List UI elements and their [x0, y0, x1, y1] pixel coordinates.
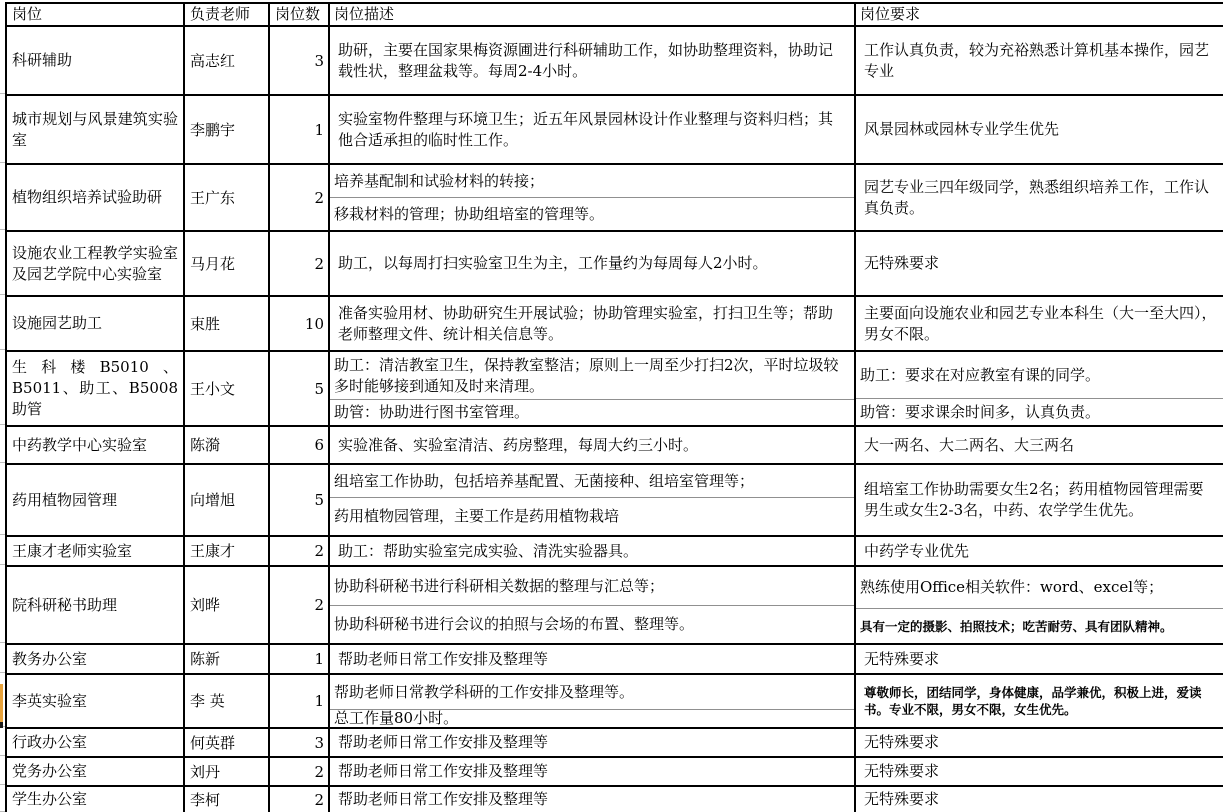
- cell-count[interactable]: 2: [270, 758, 330, 785]
- cell-description[interactable]: 帮助老师日常工作安排及整理等: [330, 729, 856, 756]
- cell-description-subcell[interactable]: 助工，以每周打扫实验室卫生为主，工作量约为每周每人2小时。: [334, 232, 850, 295]
- cell-description-subcell[interactable]: 帮助老师日常工作安排及整理等: [334, 758, 850, 785]
- cell-requirement[interactable]: 无特殊要求: [856, 729, 1223, 756]
- cell-requirement-subcell[interactable]: 助管：要求课余时间多，认真负责。: [856, 399, 1223, 425]
- cell-requirement[interactable]: 风景园林或园林专业学生优先: [856, 96, 1223, 163]
- cell-requirement[interactable]: 助工：要求在对应教室有课的同学。助管：要求课余时间多，认真负责。: [856, 352, 1223, 425]
- cell-teacher[interactable]: 李柯: [185, 787, 270, 812]
- cell-description[interactable]: 实验室物件整理与环境卫生；近五年风景园林设计作业整理与资料归档；其他合适承担的临…: [330, 96, 856, 163]
- cell-description-subcell[interactable]: 药用植物园管理，主要工作是药用植物栽培: [330, 498, 854, 535]
- cell-count[interactable]: 3: [270, 729, 330, 756]
- cell-description-subcell[interactable]: 培养基配制和试验材料的转接；: [330, 165, 854, 198]
- cell-teacher[interactable]: 李 英: [185, 675, 270, 727]
- table-row: 生科楼B5010、B5011、助工、B5008助管王小文5助工：清洁教室卫生，保…: [7, 352, 1223, 427]
- cell-teacher[interactable]: 高志红: [185, 27, 270, 94]
- cell-requirement[interactable]: 无特殊要求: [856, 232, 1223, 295]
- cell-description-subcell[interactable]: 移栽材料的管理；协助组培室的管理等。: [330, 198, 854, 230]
- cell-requirement[interactable]: 园艺专业三四年级同学，熟悉组织培养工作，工作认真负责。: [856, 165, 1223, 230]
- cell-requirement-subcell[interactable]: 大一两名、大二两名、大三两名: [860, 427, 1221, 463]
- cell-position[interactable]: 党务办公室: [7, 758, 185, 785]
- cell-description[interactable]: 助工：帮助实验室完成实验、清洗实验器具。: [330, 537, 856, 565]
- header-position[interactable]: 岗位: [7, 4, 185, 25]
- cell-teacher[interactable]: 陈漪: [185, 427, 270, 463]
- cell-description-subcell[interactable]: 组培室工作协助，包括培养基配置、无菌接种、组培室管理等；: [330, 465, 854, 498]
- cell-count[interactable]: 1: [270, 675, 330, 727]
- cell-requirement-subcell[interactable]: 风景园林或园林专业学生优先: [860, 96, 1221, 163]
- cell-teacher[interactable]: 李鹏宇: [185, 96, 270, 163]
- cell-position[interactable]: 院科研秘书助理: [7, 567, 185, 643]
- cell-teacher[interactable]: 马月花: [185, 232, 270, 295]
- cell-requirement[interactable]: 尊敬师长，团结同学，身体健康，品学兼优，积极上进，爱读书。专业不限，男女不限，女…: [856, 675, 1223, 727]
- cell-description-subcell[interactable]: 帮助老师日常工作安排及整理等: [334, 729, 850, 756]
- cell-description[interactable]: 帮助老师日常工作安排及整理等: [330, 645, 856, 673]
- table-row: 院科研秘书助理刘晔2协助科研秘书进行科研相关数据的整理与汇总等；协助科研秘书进行…: [7, 567, 1223, 645]
- cell-requirement-subcell[interactable]: 无特殊要求: [860, 232, 1221, 295]
- table-row: 教务办公室陈新1帮助老师日常工作安排及整理等无特殊要求: [7, 645, 1223, 675]
- cell-requirement[interactable]: 中药学专业优先: [856, 537, 1223, 565]
- cell-teacher[interactable]: 刘晔: [185, 567, 270, 643]
- cell-count[interactable]: 2: [270, 232, 330, 295]
- table-row: 行政办公室何英群3帮助老师日常工作安排及整理等无特殊要求: [7, 729, 1223, 758]
- cell-description[interactable]: 协助科研秘书进行科研相关数据的整理与汇总等；协助科研秘书进行会议的拍照与会场的布…: [330, 567, 856, 643]
- cell-requirement-subcell[interactable]: 主要面向设施农业和园艺专业本科生（大一至大四），男女不限。: [860, 297, 1221, 350]
- cell-position[interactable]: 学生办公室: [7, 787, 185, 812]
- cell-teacher[interactable]: 向增旭: [185, 465, 270, 535]
- cell-requirement[interactable]: 主要面向设施农业和园艺专业本科生（大一至大四），男女不限。: [856, 297, 1223, 350]
- cell-position[interactable]: 城市规划与风景建筑实验室: [7, 96, 185, 163]
- cell-requirement-subcell[interactable]: 无特殊要求: [860, 787, 1221, 812]
- cell-count[interactable]: 6: [270, 427, 330, 463]
- cell-description-subcell[interactable]: 助研，主要在国家果梅资源圃进行科研辅助工作，如协助整理资料，协助记载性状，整理盆…: [334, 27, 850, 94]
- cell-description[interactable]: 组培室工作协助，包括培养基配置、无菌接种、组培室管理等；药用植物园管理，主要工作…: [330, 465, 856, 535]
- cell-description-subcell[interactable]: 助工：清洁教室卫生，保持教室整洁；原则上一周至少打扫2次，平时垃圾较多时能够接到…: [330, 352, 854, 400]
- cell-description[interactable]: 准备实验用材、协助研究生开展试验；协助管理实验室，打扫卫生等；帮助老师整理文件、…: [330, 297, 856, 350]
- cell-count[interactable]: 5: [270, 352, 330, 425]
- cell-requirement-subcell[interactable]: 工作认真负责，较为充裕熟悉计算机基本操作，园艺专业: [860, 27, 1221, 94]
- cell-description[interactable]: 助工，以每周打扫实验室卫生为主，工作量约为每周每人2小时。: [330, 232, 856, 295]
- cell-description[interactable]: 助研，主要在国家果梅资源圃进行科研辅助工作，如协助整理资料，协助记载性状，整理盆…: [330, 27, 856, 94]
- cell-teacher[interactable]: 陈新: [185, 645, 270, 673]
- cell-requirement[interactable]: 无特殊要求: [856, 758, 1223, 785]
- cell-position[interactable]: 王康才老师实验室: [7, 537, 185, 565]
- cell-count[interactable]: 3: [270, 27, 330, 94]
- cell-requirement[interactable]: 大一两名、大二两名、大三两名: [856, 427, 1223, 463]
- cell-requirement-subcell[interactable]: 中药学专业优先: [860, 537, 1221, 565]
- cell-description[interactable]: 帮助老师日常工作安排及整理等: [330, 787, 856, 812]
- header-count[interactable]: 岗位数: [270, 4, 330, 25]
- positions-table: 岗位 负责老师 岗位数 岗位描述 岗位要求 科研辅助高志红3助研，主要在国家果梅…: [5, 2, 1223, 812]
- cell-count[interactable]: 2: [270, 165, 330, 230]
- table-row: 李英实验室李 英1帮助老师日常教学科研的工作安排及整理等。总工作量80小时。尊敬…: [7, 675, 1223, 729]
- table-row: 设施农业工程教学实验室及园艺学院中心实验室马月花2助工，以每周打扫实验室卫生为主…: [7, 232, 1223, 297]
- cell-teacher[interactable]: 何英群: [185, 729, 270, 756]
- cell-description[interactable]: 帮助老师日常教学科研的工作安排及整理等。总工作量80小时。: [330, 675, 856, 727]
- cell-position[interactable]: 中药教学中心实验室: [7, 427, 185, 463]
- cell-position[interactable]: 李英实验室: [7, 675, 185, 727]
- spreadsheet-page: 岗位 负责老师 岗位数 岗位描述 岗位要求 科研辅助高志红3助研，主要在国家果梅…: [0, 0, 1223, 812]
- table-row: 植物组织培养试验助研王广东2培养基配制和试验材料的转接；移栽材料的管理；协助组培…: [7, 165, 1223, 232]
- cell-requirement-subcell[interactable]: 助工：要求在对应教室有课的同学。: [856, 352, 1223, 399]
- cell-count[interactable]: 10: [270, 297, 330, 350]
- table-row: 王康才老师实验室王康才2助工：帮助实验室完成实验、清洗实验器具。中药学专业优先: [7, 537, 1223, 567]
- cell-position[interactable]: 生科楼B5010、B5011、助工、B5008助管: [7, 352, 185, 425]
- table-row: 设施园艺助工束胜10准备实验用材、协助研究生开展试验；协助管理实验室，打扫卫生等…: [7, 297, 1223, 352]
- cell-requirement[interactable]: 无特殊要求: [856, 787, 1223, 812]
- cell-description[interactable]: 实验准备、实验室清洁、药房整理，每周大约三小时。: [330, 427, 856, 463]
- cell-requirement-subcell[interactable]: 园艺专业三四年级同学，熟悉组织培养工作，工作认真负责。: [860, 165, 1221, 230]
- cell-count[interactable]: 2: [270, 787, 330, 812]
- table-row: 城市规划与风景建筑实验室李鹏宇1实验室物件整理与环境卫生；近五年风景园林设计作业…: [7, 96, 1223, 165]
- cell-position[interactable]: 植物组织培养试验助研: [7, 165, 185, 230]
- header-description[interactable]: 岗位描述: [330, 4, 856, 25]
- cell-count[interactable]: 1: [270, 645, 330, 673]
- cell-requirement-subcell[interactable]: 无特殊要求: [860, 758, 1221, 785]
- cell-teacher[interactable]: 王广东: [185, 165, 270, 230]
- cell-description-subcell[interactable]: 助管：协助进行图书室管理。: [330, 400, 854, 425]
- cell-requirement[interactable]: 熟练使用Office相关软件：word、excel等；具有一定的摄影、拍照技术；…: [856, 567, 1223, 643]
- cell-description-subcell[interactable]: 总工作量80小时。: [330, 710, 854, 727]
- cell-description-subcell[interactable]: 实验室物件整理与环境卫生；近五年风景园林设计作业整理与资料归档；其他合适承担的临…: [334, 96, 850, 163]
- cell-description-subcell[interactable]: 帮助老师日常工作安排及整理等: [334, 645, 850, 673]
- cell-requirement[interactable]: 工作认真负责，较为充裕熟悉计算机基本操作，园艺专业: [856, 27, 1223, 94]
- cell-count[interactable]: 2: [270, 537, 330, 565]
- cell-position[interactable]: 药用植物园管理: [7, 465, 185, 535]
- cell-teacher[interactable]: 王小文: [185, 352, 270, 425]
- cell-description-subcell[interactable]: 协助科研秘书进行会议的拍照与会场的布置、整理等。: [330, 606, 854, 643]
- cell-description-subcell[interactable]: 准备实验用材、协助研究生开展试验；协助管理实验室，打扫卫生等；帮助老师整理文件、…: [334, 297, 850, 350]
- cell-position[interactable]: 设施农业工程教学实验室及园艺学院中心实验室: [7, 232, 185, 295]
- cell-position[interactable]: 行政办公室: [7, 729, 185, 756]
- cell-teacher[interactable]: 束胜: [185, 297, 270, 350]
- cell-description[interactable]: 帮助老师日常工作安排及整理等: [330, 758, 856, 785]
- table-row: 党务办公室刘丹2帮助老师日常工作安排及整理等无特殊要求: [7, 758, 1223, 787]
- cell-description-subcell[interactable]: 帮助老师日常工作安排及整理等: [334, 787, 850, 812]
- cell-description[interactable]: 培养基配制和试验材料的转接；移栽材料的管理；协助组培室的管理等。: [330, 165, 856, 230]
- header-row: 岗位 负责老师 岗位数 岗位描述 岗位要求: [7, 4, 1223, 27]
- cell-requirement-subcell[interactable]: 具有一定的摄影、拍照技术；吃苦耐劳、具有团队精神。: [856, 609, 1223, 643]
- row-highlight-marker-end: [0, 722, 3, 728]
- cell-requirement-subcell[interactable]: 熟练使用Office相关软件：word、excel等；: [856, 567, 1223, 609]
- cell-requirement-subcell[interactable]: 无特殊要求: [860, 645, 1221, 673]
- cell-requirement[interactable]: 组培室工作协助需要女生2名；药用植物园管理需要男生或女生2-3名，中药、农学学生…: [856, 465, 1223, 535]
- cell-requirement-subcell[interactable]: 尊敬师长，团结同学，身体健康，品学兼优，积极上进，爱读书。专业不限，男女不限，女…: [860, 675, 1221, 727]
- cell-description-subcell[interactable]: 帮助老师日常教学科研的工作安排及整理等。: [330, 675, 854, 710]
- table-row: 中药教学中心实验室陈漪6实验准备、实验室清洁、药房整理，每周大约三小时。大一两名…: [7, 427, 1223, 465]
- table-row: 药用植物园管理向增旭5组培室工作协助，包括培养基配置、无菌接种、组培室管理等；药…: [7, 465, 1223, 537]
- cell-requirement-subcell[interactable]: 组培室工作协助需要女生2名；药用植物园管理需要男生或女生2-3名，中药、农学学生…: [860, 465, 1221, 535]
- cell-count[interactable]: 5: [270, 465, 330, 535]
- header-teacher[interactable]: 负责老师: [185, 4, 270, 25]
- cell-teacher[interactable]: 王康才: [185, 537, 270, 565]
- table-row: 学生办公室李柯2帮助老师日常工作安排及整理等无特殊要求: [7, 787, 1223, 812]
- cell-position[interactable]: 教务办公室: [7, 645, 185, 673]
- cell-position[interactable]: 设施园艺助工: [7, 297, 185, 350]
- table-row: 科研辅助高志红3助研，主要在国家果梅资源圃进行科研辅助工作，如协助整理资料，协助…: [7, 27, 1223, 96]
- cell-teacher[interactable]: 刘丹: [185, 758, 270, 785]
- cell-count[interactable]: 1: [270, 96, 330, 163]
- cell-count[interactable]: 2: [270, 567, 330, 643]
- cell-description-subcell[interactable]: 实验准备、实验室清洁、药房整理，每周大约三小时。: [334, 427, 850, 463]
- cell-description-subcell[interactable]: 助工：帮助实验室完成实验、清洗实验器具。: [334, 537, 850, 565]
- header-requirement[interactable]: 岗位要求: [856, 4, 1223, 25]
- cell-requirement-subcell[interactable]: 无特殊要求: [860, 729, 1221, 756]
- cell-requirement[interactable]: 无特殊要求: [856, 645, 1223, 673]
- cell-description[interactable]: 助工：清洁教室卫生，保持教室整洁；原则上一周至少打扫2次，平时垃圾较多时能够接到…: [330, 352, 856, 425]
- cell-position[interactable]: 科研辅助: [7, 27, 185, 94]
- row-highlight-marker: [0, 684, 3, 723]
- cell-description-subcell[interactable]: 协助科研秘书进行科研相关数据的整理与汇总等；: [330, 567, 854, 606]
